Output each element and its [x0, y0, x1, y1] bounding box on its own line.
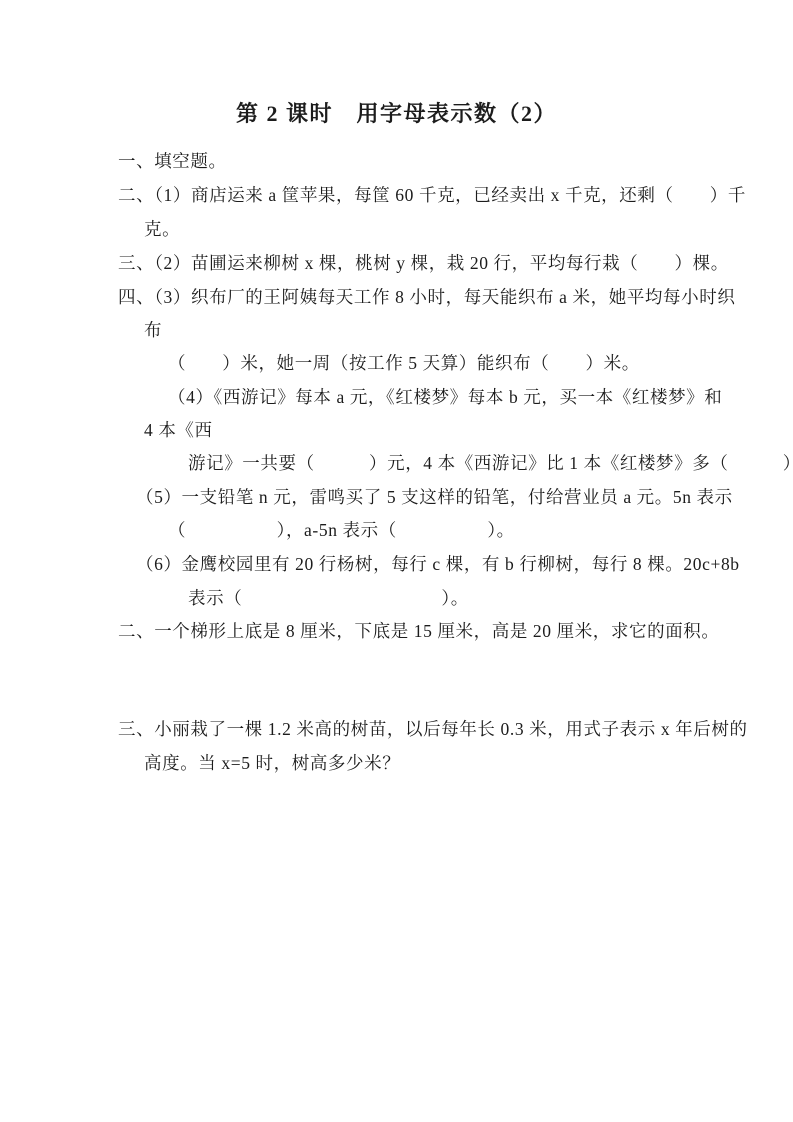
worksheet-page: 第 2 课时 用字母表示数（2） 一、填空题。 二、（1）商店运来 a 筐苹果，…	[0, 0, 793, 1122]
question-6-line-1: （6）金鹰校园里有 20 行杨树，每行 c 棵，有 b 行柳树，每行 8 棵。2…	[136, 553, 740, 576]
question-6-line-2: 表示（ ）。	[188, 587, 469, 610]
question-4-line-1: （4）《西游记》每本 a 元，《红楼梦》每本 b 元，买一本《红楼梦》和	[168, 386, 722, 409]
section-2-trapezoid-question: 二、一个梯形上底是 8 厘米，下底是 15 厘米，高是 20 厘米，求它的面积。	[118, 620, 720, 643]
question-3-line-3: （ ）米，她一周（按工作 5 天算）能织布（ ）米。	[168, 352, 640, 375]
question-3-line-1: 四、（3）织布厂的王阿姨每天工作 8 小时，每天能织布 a 米，她平均每小时织	[118, 286, 735, 309]
question-1-line-1: 二、（1）商店运来 a 筐苹果，每筐 60 千克，已经卖出 x 千克，还剩（ ）…	[118, 184, 746, 207]
question-3-line-2: 布	[144, 319, 162, 342]
question-4-line-3: 游记》一共要（ ）元，4 本《西游记》比 1 本《红楼梦》多（ ）元。	[188, 452, 793, 475]
question-5-line-2: （ ），a-5n 表示（ ）。	[168, 519, 515, 542]
question-2-line: 三、（2）苗圃运来柳树 x 棵，桃树 y 棵，栽 20 行，平均每行栽（ ）棵。	[118, 252, 729, 275]
section-3-tree-question-line-2: 高度。当 x=5 时，树高多少米？	[144, 752, 400, 775]
question-5-line-1: （5）一支铅笔 n 元，雷鸣买了 5 支这样的铅笔，付给营业员 a 元。5n 表…	[136, 486, 733, 509]
question-1-line-2: 克。	[144, 218, 180, 241]
section-fill-blank-header: 一、填空题。	[118, 150, 227, 173]
question-4-line-2: 4 本《西	[144, 419, 213, 442]
section-3-tree-question-line-1: 三、小丽栽了一棵 1.2 米高的树苗，以后每年长 0.3 米，用式子表示 x 年…	[118, 718, 748, 741]
worksheet-title: 第 2 课时 用字母表示数（2）	[0, 97, 793, 128]
